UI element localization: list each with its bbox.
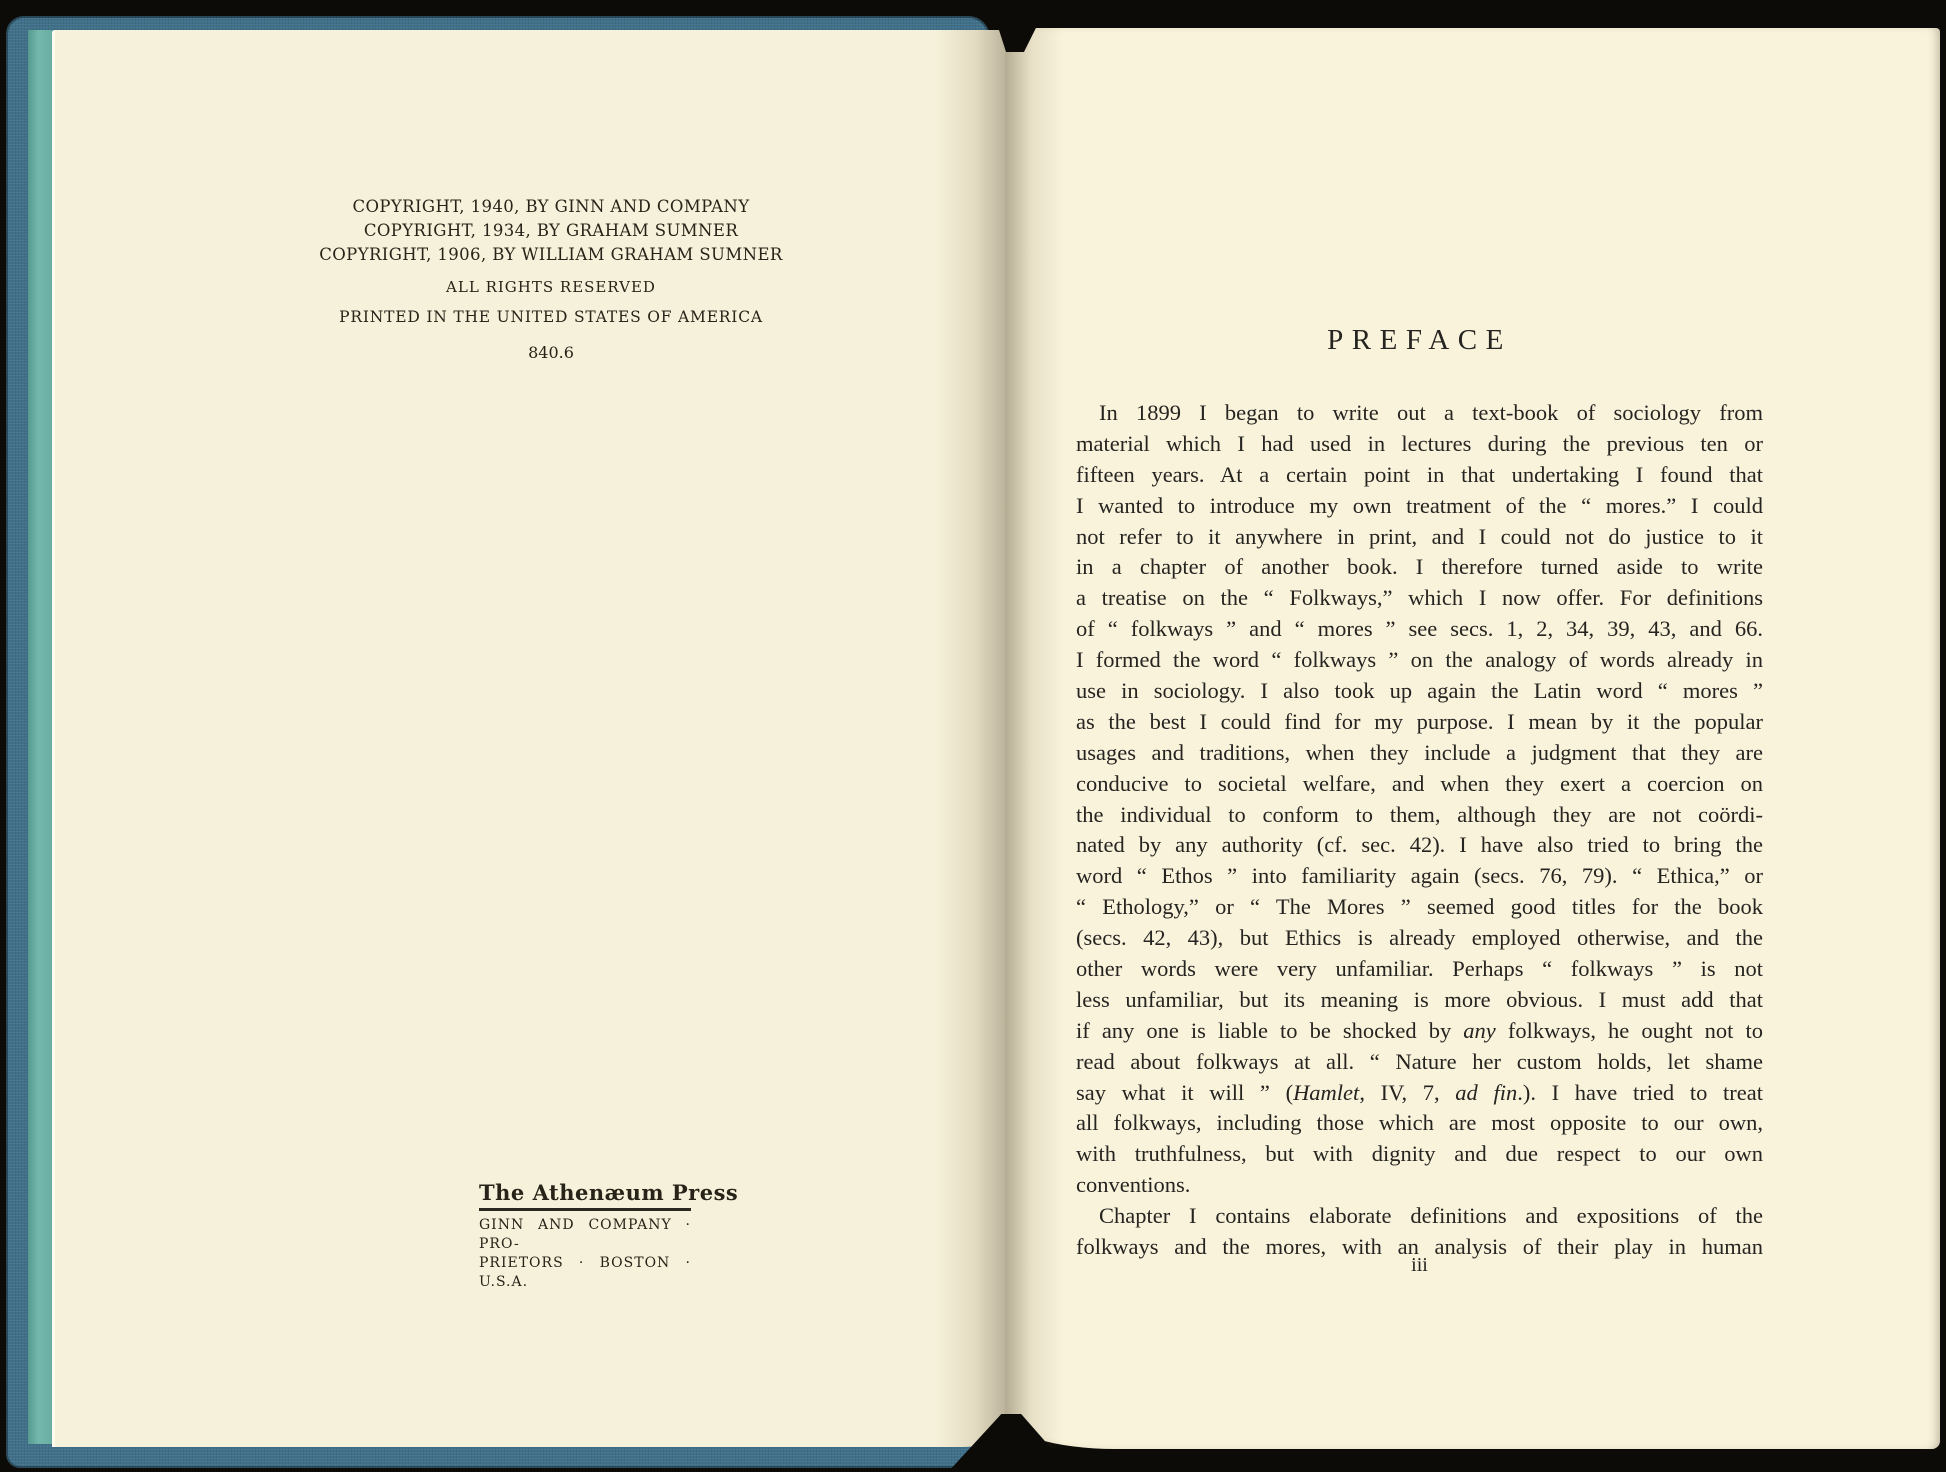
text-segment: not refer to it anywhere in print, and I…: [1076, 524, 1763, 549]
page-number: iii: [1076, 1254, 1763, 1277]
text-segment: nated by any authority (cf. sec. 42). I …: [1076, 832, 1763, 857]
text-line: the individual to conform to them, altho…: [1076, 800, 1763, 831]
text-line: of “ folkways ” and “ mores ” see secs. …: [1076, 614, 1763, 645]
text-segment: In 1899 I began to write out a text-book…: [1099, 400, 1763, 425]
printed-in-line: PRINTED IN THE UNITED STATES OF AMERICA: [151, 308, 951, 326]
text-segment: all folkways, including those which are …: [1076, 1110, 1763, 1135]
copyright-line: COPYRIGHT, 1934, BY GRAHAM SUMNER: [151, 219, 951, 243]
italic-text: ad fin: [1455, 1080, 1517, 1105]
text-line: fifteen years. At a certain point in tha…: [1076, 460, 1763, 491]
press-address-line: PRIETORS · BOSTON · U.S.A.: [479, 1254, 691, 1292]
text-segment: .). I have tried to treat: [1517, 1080, 1763, 1105]
text-line: nated by any authority (cf. sec. 42). I …: [1076, 830, 1763, 861]
text-segment: a treatise on the “ Folkways,” which I n…: [1076, 585, 1763, 610]
press-device: The Athenæum Press GINN AND COMPANY · PR…: [479, 1180, 691, 1292]
text-segment: fifteen years. At a certain point in tha…: [1076, 462, 1763, 487]
press-address-line: GINN AND COMPANY · PRO-: [479, 1216, 691, 1254]
text-line: if any one is liable to be shocked by an…: [1076, 1016, 1763, 1047]
text-line: other words were very unfamiliar. Perhap…: [1076, 954, 1763, 985]
text-segment: say what it will ” (: [1076, 1080, 1293, 1105]
text-segment: with truthfulness, but with dignity and …: [1076, 1141, 1763, 1166]
text-segment: of “ folkways ” and “ mores ” see secs. …: [1076, 616, 1763, 641]
text-segment: I formed the word “ folkways ” on the an…: [1076, 647, 1763, 672]
text-segment: if any one is liable to be shocked by: [1076, 1018, 1463, 1043]
text-segment: , IV, 7,: [1359, 1080, 1455, 1105]
text-line: with truthfulness, but with dignity and …: [1076, 1139, 1763, 1170]
text-line: In 1899 I began to write out a text-book…: [1076, 398, 1763, 429]
text-segment: use in sociology. I also took up again t…: [1076, 678, 1763, 703]
text-line: read about folkways at all. “ Nature her…: [1076, 1047, 1763, 1078]
text-line: conventions.: [1076, 1170, 1763, 1201]
right-page: PREFACE In 1899 I began to write out a t…: [1005, 28, 1940, 1449]
text-segment: less unfamiliar, but its meaning is more…: [1076, 987, 1763, 1012]
text-line: I formed the word “ folkways ” on the an…: [1076, 645, 1763, 676]
text-segment: in a chapter of another book. I therefor…: [1076, 554, 1763, 579]
text-line: conducive to societal welfare, and when …: [1076, 769, 1763, 800]
text-line: “ Ethology,” or “ The Mores ” seemed goo…: [1076, 892, 1763, 923]
text-line: a treatise on the “ Folkways,” which I n…: [1076, 583, 1763, 614]
preface-body: In 1899 I began to write out a text-book…: [1076, 398, 1763, 1263]
text-segment: conducive to societal welfare, and when …: [1076, 771, 1763, 796]
copyright-line: COPYRIGHT, 1940, BY GINN AND COMPANY: [151, 195, 951, 219]
text-segment: “ Ethology,” or “ The Mores ” seemed goo…: [1076, 894, 1763, 919]
italic-text: any: [1463, 1018, 1496, 1043]
text-segment: read about folkways at all. “ Nature her…: [1076, 1049, 1763, 1074]
press-name: The Athenæum Press: [479, 1180, 691, 1211]
italic-text: Hamlet: [1293, 1080, 1359, 1105]
endpaper-edge: [28, 30, 55, 1444]
text-segment: conventions.: [1076, 1172, 1190, 1197]
text-line: (secs. 42, 43), but Ethics is already em…: [1076, 923, 1763, 954]
text-line: I wanted to introduce my own treatment o…: [1076, 491, 1763, 522]
book-scan: COPYRIGHT, 1940, BY GINN AND COMPANY COP…: [0, 0, 1946, 1472]
text-segment: usages and traditions, when they include…: [1076, 740, 1763, 765]
text-segment: Chapter I contains elaborate definitions…: [1099, 1203, 1763, 1228]
text-segment: material which I had used in lectures du…: [1076, 431, 1763, 456]
text-segment: folkways, he ought not to: [1496, 1018, 1763, 1043]
copyright-line: COPYRIGHT, 1906, BY WILLIAM GRAHAM SUMNE…: [151, 243, 951, 267]
text-line: usages and traditions, when they include…: [1076, 738, 1763, 769]
text-line: in a chapter of another book. I therefor…: [1076, 552, 1763, 583]
copyright-block: COPYRIGHT, 1940, BY GINN AND COMPANY COP…: [151, 195, 951, 362]
edition-number: 840.6: [151, 343, 951, 362]
text-line: as the best I could find for my purpose.…: [1076, 707, 1763, 738]
left-page: COPYRIGHT, 1940, BY GINN AND COMPANY COP…: [52, 30, 1008, 1447]
text-line: less unfamiliar, but its meaning is more…: [1076, 985, 1763, 1016]
text-line: Chapter I contains elaborate definitions…: [1076, 1201, 1763, 1232]
text-line: all folkways, including those which are …: [1076, 1108, 1763, 1139]
text-line: material which I had used in lectures du…: [1076, 429, 1763, 460]
text-segment: word “ Ethos ” into familiarity again (s…: [1076, 863, 1763, 888]
text-segment: other words were very unfamiliar. Perhap…: [1076, 956, 1763, 981]
text-segment: I wanted to introduce my own treatment o…: [1076, 493, 1763, 518]
text-segment: as the best I could find for my purpose.…: [1076, 709, 1763, 734]
text-line: use in sociology. I also took up again t…: [1076, 676, 1763, 707]
rights-reserved-line: ALL RIGHTS RESERVED: [151, 278, 951, 296]
text-segment: the individual to conform to them, altho…: [1076, 802, 1763, 827]
text-line: word “ Ethos ” into familiarity again (s…: [1076, 861, 1763, 892]
text-line: not refer to it anywhere in print, and I…: [1076, 522, 1763, 553]
page-title: PREFACE: [1076, 324, 1763, 357]
text-line: say what it will ” (Hamlet, IV, 7, ad fi…: [1076, 1078, 1763, 1109]
text-segment: (secs. 42, 43), but Ethics is already em…: [1076, 925, 1763, 950]
